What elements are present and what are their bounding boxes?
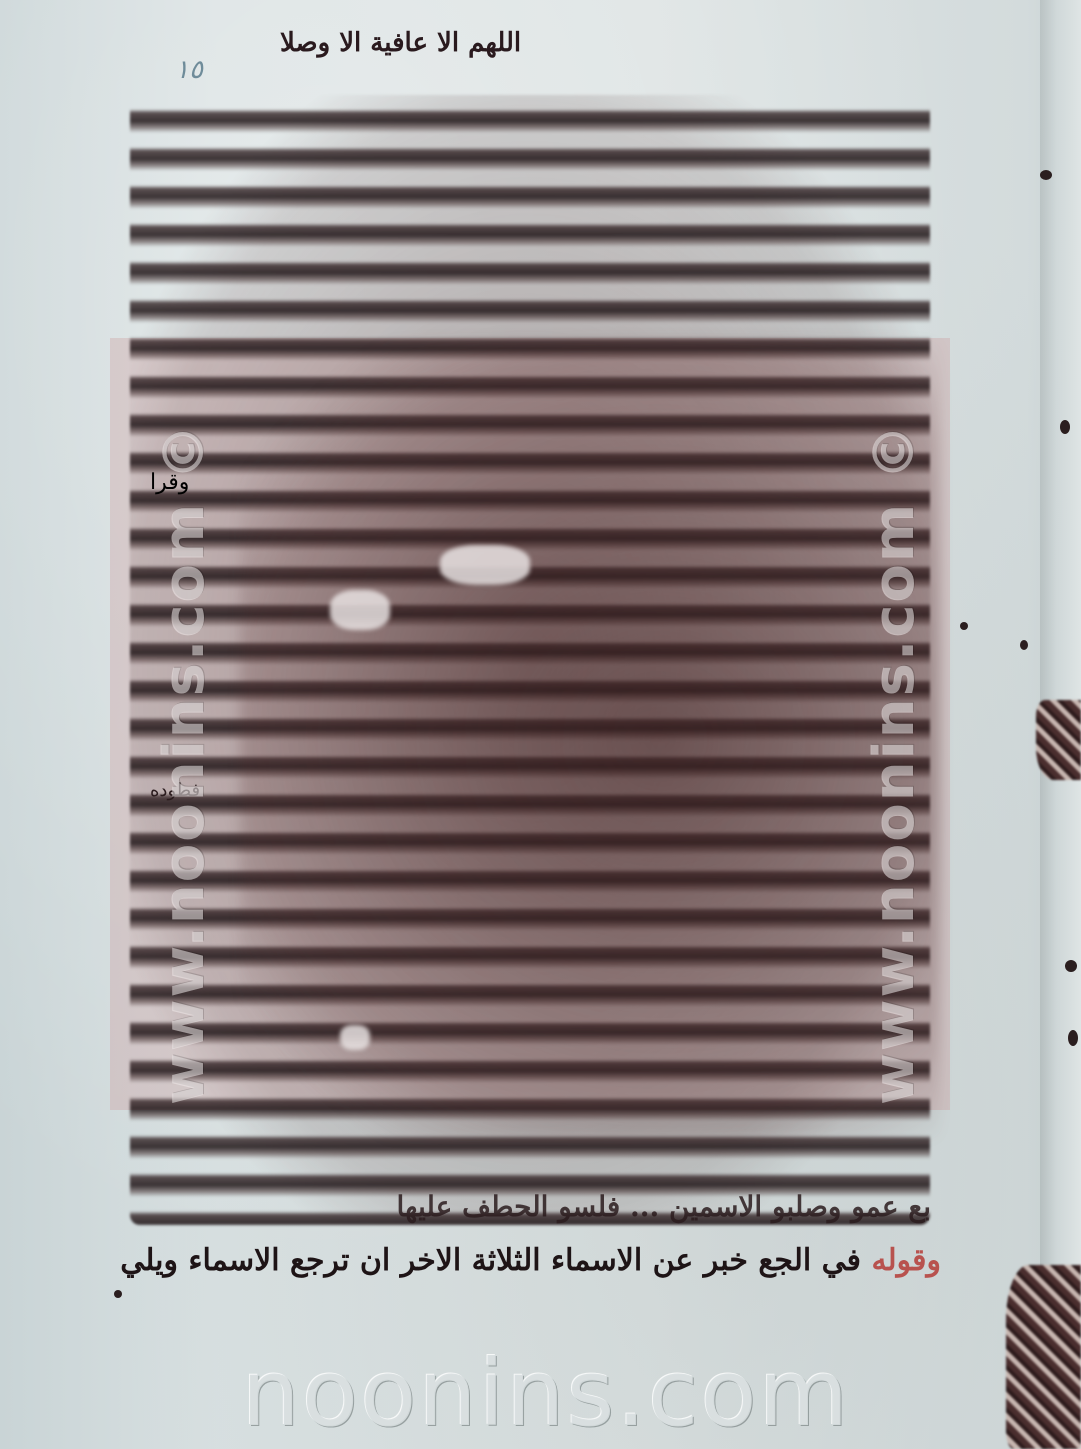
ink-damage-area — [240, 340, 940, 1140]
line-text: في الجع خبر عن الاسماء الثلاثة الاخر ان … — [120, 1243, 861, 1278]
text-line-final: وقوله في الجع خبر عن الاسماء الثلاثة الا… — [120, 1243, 941, 1278]
folio-number: ١٥ — [175, 55, 203, 85]
watermark-right: www.noonins.com © — [862, 422, 927, 1105]
paper-hole — [440, 545, 530, 585]
paper-hole — [340, 1025, 370, 1050]
ink-speck — [1040, 170, 1052, 180]
ink-speck — [114, 1290, 122, 1298]
ink-speck — [1068, 1030, 1078, 1046]
watermark-bottom: noonins.com — [236, 1340, 856, 1447]
ink-speck — [1060, 420, 1070, 434]
ink-speck — [1065, 960, 1077, 972]
ink-speck — [1020, 640, 1028, 650]
ink-speck — [960, 622, 968, 630]
header-line: اللهم الا عافية الا وصلا — [280, 28, 521, 58]
paper-hole — [330, 590, 390, 630]
torn-fragment — [1036, 700, 1081, 780]
rubric-word: وقوله — [871, 1243, 941, 1278]
torn-fragment — [1006, 1265, 1081, 1449]
manuscript-page: ١٥ اللهم الا عافية الا وصلا وقرا فطوده ب… — [0, 0, 1081, 1449]
text-line: بع عمو وصلبو الاسمين ... فلسو الحطف عليه… — [397, 1190, 931, 1223]
watermark-left: www.noonins.com © — [152, 422, 217, 1105]
